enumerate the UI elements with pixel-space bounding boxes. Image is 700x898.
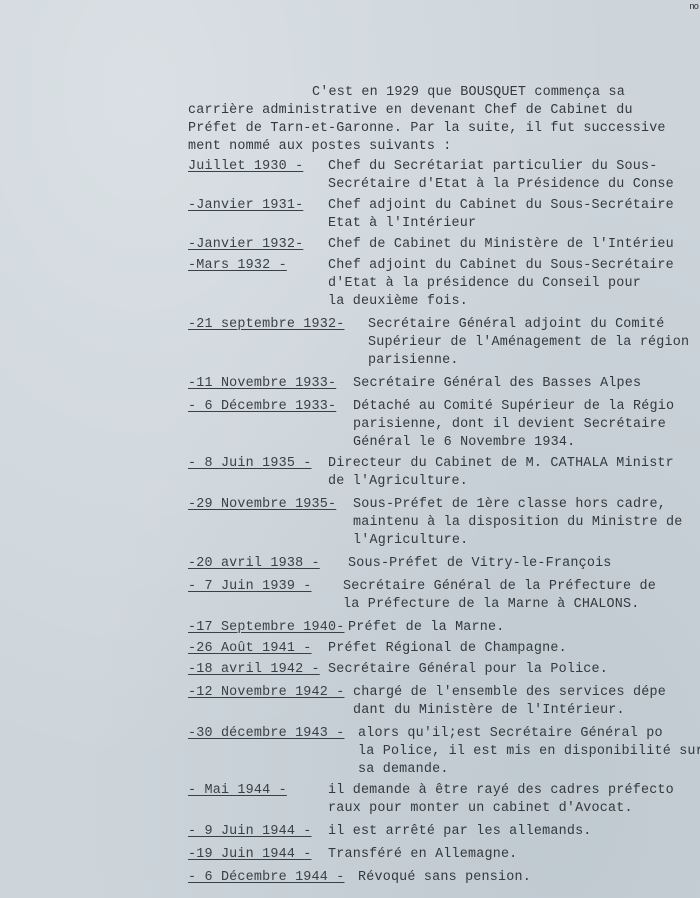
entry-description: Transféré en Allemagne. (328, 846, 700, 864)
entry-date: -12 Novembre 1942 - (188, 684, 353, 720)
description-line: raux pour monter un cabinet d'Avocat. (328, 800, 700, 818)
entry-date: -20 avril 1938 - (188, 555, 348, 573)
description-line: la deuxième fois. (328, 293, 700, 311)
description-line: la Police, il est mis en disponibilité s… (358, 743, 700, 761)
intro-line: C'est en 1929 que BOUSQUET commença sa (188, 84, 700, 102)
entry-description: Sous-Préfet de Vitry-le-François (348, 555, 700, 573)
timeline-entry: -29 Novembre 1935-Sous-Préfet de 1ère cl… (188, 496, 700, 550)
timeline-entry: -Mars 1932 -Chef adjoint du Cabinet du S… (188, 257, 700, 311)
description-line: Chef du Secrétariat particulier du Sous- (328, 158, 700, 176)
entry-description: Préfet Régional de Champagne. (328, 640, 700, 658)
document-page: C'est en 1929 que BOUSQUET commença sa c… (188, 84, 700, 890)
description-line: Chef adjoint du Cabinet du Sous-Secrétai… (328, 197, 700, 215)
description-line: chargé de l'ensemble des services dépe (353, 684, 700, 702)
timeline-entry: - 9 Juin 1944 -il est arrêté par les all… (188, 823, 700, 841)
description-line: l'Agriculture. (353, 532, 700, 550)
description-line: alors qu'il;est Secrétaire Général po (358, 725, 700, 743)
description-line: il demande à être rayé des cadres préfec… (328, 782, 700, 800)
description-line: parisienne. (368, 352, 700, 370)
timeline-entry: - 7 Juin 1939 -Secrétaire Général de la … (188, 578, 700, 614)
entry-date: - 6 Décembre 1944 - (188, 869, 358, 887)
entry-date: - 7 Juin 1939 - (188, 578, 343, 614)
description-line: Détaché au Comité Supérieur de la Régio (353, 398, 700, 416)
entry-date: - 8 Juin 1935 - (188, 455, 328, 491)
timeline-entry: -20 avril 1938 -Sous-Préfet de Vitry-le-… (188, 555, 700, 573)
entry-description: Chef adjoint du Cabinet du Sous-Secrétai… (328, 197, 700, 233)
entry-description: il demande à être rayé des cadres préfec… (328, 782, 700, 818)
intro-paragraph: C'est en 1929 que BOUSQUET commença sa c… (188, 84, 700, 156)
entry-description: Directeur du Cabinet de M. CATHALA Minis… (328, 455, 700, 491)
entry-date: - 9 Juin 1944 - (188, 823, 328, 841)
description-line: parisienne, dont il devient Secrétaire (353, 416, 700, 434)
timeline-entry: -18 avril 1942 -Secrétaire Général pour … (188, 661, 700, 679)
description-line: dant du Ministère de l'Intérieur. (353, 702, 700, 720)
description-line: Transféré en Allemagne. (328, 846, 700, 864)
description-line: Secrétaire d'Etat à la Présidence du Con… (328, 176, 700, 194)
timeline-entry: -17 Septembre 1940-Préfet de la Marne. (188, 619, 700, 637)
entry-description: Chef du Secrétariat particulier du Sous-… (328, 158, 700, 194)
intro-line: Préfet de Tarn-et-Garonne. Par la suite,… (188, 120, 700, 138)
timeline-entry: - Mai 1944 -il demande à être rayé des c… (188, 782, 700, 818)
timeline-entry: - 6 Décembre 1933-Détaché au Comité Supé… (188, 398, 700, 452)
description-line: Secrétaire Général de la Préfecture de (343, 578, 700, 596)
career-timeline: Juillet 1930 -Chef du Secrétariat partic… (188, 158, 700, 887)
entry-date: -29 Novembre 1935- (188, 496, 353, 550)
description-line: Directeur du Cabinet de M. CATHALA Minis… (328, 455, 700, 473)
intro-line: ment nommé aux postes suivants : (188, 138, 700, 156)
entry-description: Secrétaire Général de la Préfecture dela… (343, 578, 700, 614)
entry-date: -19 Juin 1944 - (188, 846, 328, 864)
description-line: d'Etat à la présidence du Conseil pour (328, 275, 700, 293)
entry-description: chargé de l'ensemble des services dépeda… (353, 684, 700, 720)
timeline-entry: -Janvier 1932-Chef de Cabinet du Ministè… (188, 236, 700, 254)
entry-description: il est arrêté par les allemands. (328, 823, 700, 841)
entry-date: - Mai 1944 - (188, 782, 328, 818)
description-line: Secrétaire Général des Basses Alpes (353, 375, 700, 393)
entry-description: Secrétaire Général pour la Police. (328, 661, 700, 679)
entry-date: -11 Novembre 1933- (188, 375, 353, 393)
timeline-entry: - 6 Décembre 1944 -Révoqué sans pension. (188, 869, 700, 887)
entry-date: -Janvier 1931- (188, 197, 328, 233)
entry-description: Révoqué sans pension. (358, 869, 700, 887)
description-line: maintenu à la disposition du Ministre de (353, 514, 700, 532)
description-line: Secrétaire Général adjoint du Comité (368, 316, 700, 334)
entry-description: Préfet de la Marne. (348, 619, 700, 637)
description-line: il est arrêté par les allemands. (328, 823, 700, 841)
entry-description: Chef adjoint du Cabinet du Sous-Secrétai… (328, 257, 700, 311)
description-line: Préfet de la Marne. (348, 619, 700, 637)
timeline-entry: -Janvier 1931-Chef adjoint du Cabinet du… (188, 197, 700, 233)
timeline-entry: -21 septembre 1932-Secrétaire Général ad… (188, 316, 700, 370)
entry-date: -21 septembre 1932- (188, 316, 368, 370)
corner-mark: no (689, 2, 698, 12)
entry-description: Secrétaire Général des Basses Alpes (353, 375, 700, 393)
description-line: Sous-Préfet de Vitry-le-François (348, 555, 700, 573)
intro-line: carrière administrative en devenant Chef… (188, 102, 700, 120)
description-line: Révoqué sans pension. (358, 869, 700, 887)
timeline-entry: -11 Novembre 1933-Secrétaire Général des… (188, 375, 700, 393)
description-line: Chef de Cabinet du Ministère de l'Intéri… (328, 236, 700, 254)
entry-date: -Janvier 1932- (188, 236, 328, 254)
description-line: Préfet Régional de Champagne. (328, 640, 700, 658)
entry-description: Secrétaire Général adjoint du ComitéSupé… (368, 316, 700, 370)
description-line: Général le 6 Novembre 1934. (353, 434, 700, 452)
timeline-entry: Juillet 1930 -Chef du Secrétariat partic… (188, 158, 700, 194)
entry-description: Chef de Cabinet du Ministère de l'Intéri… (328, 236, 700, 254)
entry-description: Sous-Préfet de 1ère classe hors cadre,ma… (353, 496, 700, 550)
description-line: Supérieur de l'Aménagement de la région (368, 334, 700, 352)
timeline-entry: -12 Novembre 1942 -chargé de l'ensemble … (188, 684, 700, 720)
description-line: de l'Agriculture. (328, 473, 700, 491)
entry-date: -26 Août 1941 - (188, 640, 328, 658)
entry-date: -18 avril 1942 - (188, 661, 328, 679)
description-line: Secrétaire Général pour la Police. (328, 661, 700, 679)
entry-date: Juillet 1930 - (188, 158, 328, 194)
timeline-entry: -19 Juin 1944 -Transféré en Allemagne. (188, 846, 700, 864)
entry-description: Détaché au Comité Supérieur de la Régiop… (353, 398, 700, 452)
entry-date: -30 décembre 1943 - (188, 725, 358, 779)
timeline-entry: -30 décembre 1943 -alors qu'il;est Secré… (188, 725, 700, 779)
timeline-entry: -26 Août 1941 -Préfet Régional de Champa… (188, 640, 700, 658)
description-line: Chef adjoint du Cabinet du Sous-Secrétai… (328, 257, 700, 275)
description-line: Sous-Préfet de 1ère classe hors cadre, (353, 496, 700, 514)
entry-date: -17 Septembre 1940- (188, 619, 348, 637)
timeline-entry: - 8 Juin 1935 -Directeur du Cabinet de M… (188, 455, 700, 491)
description-line: la Préfecture de la Marne à CHALONS. (343, 596, 700, 614)
description-line: sa demande. (358, 761, 700, 779)
entry-date: - 6 Décembre 1933- (188, 398, 353, 452)
description-line: Etat à l'Intérieur (328, 215, 700, 233)
entry-description: alors qu'il;est Secrétaire Général pola … (358, 725, 700, 779)
entry-date: -Mars 1932 - (188, 257, 328, 311)
